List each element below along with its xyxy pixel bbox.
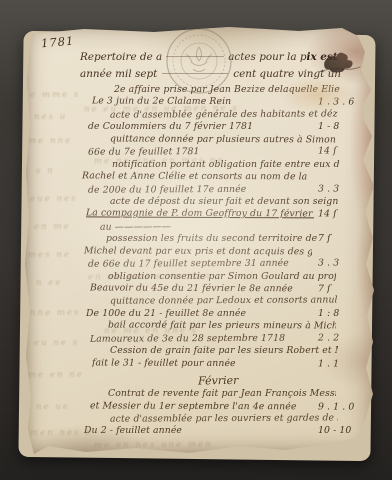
bleed-through-text: nne mes [30, 308, 81, 318]
ledger-entry-row: 2e affaire prise par Jean Bezize delaque… [114, 84, 364, 96]
ledger-entry-row: Contrat de revente fait par Jean Françoi… [108, 388, 364, 400]
entry-text: possession les fruits du second territoi… [106, 233, 317, 245]
ledger-entry-row: La compagnie de P. dom Geoffroy du 17 fé… [86, 208, 364, 222]
entry-text: Le 3 juin du 2e Clalame Rein [92, 96, 231, 109]
entries-february: Contrat de revente fait par Jean Françoi… [80, 388, 364, 438]
bleed-through-text: n ee [36, 278, 63, 288]
ledger-entry-row: fait le 31 - feuillet pour année 1 . 1 [92, 357, 364, 371]
ledger-entry-row: bail accordé fait par les prieurs mineur… [108, 320, 364, 334]
entry-text: Cession de grain faite par les sieurs Ro… [110, 345, 338, 357]
photo-background: e mme s nes u me nne s n eue nes en me m… [0, 0, 392, 480]
entry-text: Lamoureux de 3e du 28 septembre 1718 [90, 332, 285, 345]
ledger-entry-row: Rachel et Anne Clélie et consorts au nom… [82, 170, 364, 184]
entry-text: bail accordé fait par les prieurs mineur… [108, 320, 336, 333]
ledger-entry-row: de 200e du 10 feuillet 17e année 3 . 3 [88, 183, 364, 197]
entry-text: Contrat de revente fait par Jean Françoi… [108, 388, 336, 400]
bleed-through-text: mes ne [28, 250, 71, 260]
entry-amount: 7 ſ [318, 233, 364, 245]
ledger-entry-row: possession les fruits du second territoi… [106, 233, 364, 245]
entry-text: au —————— [100, 221, 171, 234]
ledger-entry-row: acte d'assemblée générale des habitants … [110, 108, 364, 122]
entry-text: Du 2 - feuillet année [84, 425, 182, 437]
ledger-body: 2e affaire prise par Jean Bezize delaque… [80, 84, 364, 438]
ledger-entry-row: de 66e du 17 feuillet septembre 31 année… [88, 257, 364, 271]
ink-blot-icon [318, 46, 362, 80]
entry-text: acte de dépost du sieur fait et devant s… [110, 196, 338, 208]
entry-text: Michel devant par eux pris et dont acqui… [84, 245, 312, 258]
entry-amount: 1 - 8 [318, 121, 364, 133]
ledger-entry-row: Lamoureux de 3e du 28 septembre 1718 2 .… [90, 332, 364, 346]
entry-text: de 66e du 17 feuillet septembre 31 année [88, 258, 289, 272]
title-line1-right: actes pour la p [228, 49, 306, 66]
ledger-entry-row: De 100e du 21 - feuillet 8e année 1 : 8 [86, 308, 364, 320]
section-heading-fevrier: Février [198, 372, 364, 388]
entry-text: La compagnie de P. dom Geoffroy du 17 fé… [86, 208, 314, 221]
ledger-entry-row: de Coulommiers du 7 février 1781 1 - 8 [88, 121, 364, 133]
entry-text: obligation consentie par Simon Goulard a… [108, 271, 336, 283]
entry-amount: 14 ſ [318, 145, 364, 158]
bleed-through-text: me en nes une men [94, 440, 213, 451]
manuscript-page: e mme s nes u me nne s n eue nes en me m… [24, 26, 374, 456]
entry-text: et Messier du 1er septembre l'an 4e anné… [90, 400, 297, 413]
entry-text: notification portant obligation faite en… [112, 159, 340, 171]
bleed-through-text: e mme s [30, 90, 80, 100]
entry-text: 2e affaire prise par Jean Bezize delaque… [114, 84, 342, 96]
entry-amount: 3 . 3 [318, 183, 364, 196]
bleed-through-text: en me [34, 222, 71, 232]
ledger-entry-row: Le 3 juin du 2e Clalame Rein 1 . 3 . 6 [92, 96, 364, 110]
entry-text: de 200e du 10 feuillet 17e année [88, 183, 246, 196]
entry-amount: 2 . 2 [318, 332, 364, 345]
title-line2-left: année mil sept [80, 66, 157, 83]
entry-text: de Coulommiers du 7 février 1781 [88, 121, 253, 133]
entry-text: Rachel et Anne Clélie et consorts au nom… [82, 170, 310, 183]
title-dash-stroke [162, 73, 228, 74]
ledger-entry-row: obligation consentie par Simon Goulard a… [108, 271, 364, 283]
entry-text: fait le 31 - feuillet pour année [92, 357, 236, 370]
bleed-through-text: eu ne s [34, 338, 79, 348]
title-line1-left: Repertoire de a [80, 49, 162, 66]
year-annotation: 1781 [40, 34, 74, 51]
bleed-through-text: s n [36, 166, 55, 176]
ledger-entry-row: et Messier du 1er septembre l'an 4e anné… [90, 400, 364, 414]
title-dash-stroke [166, 56, 224, 57]
bleed-through-text: nes u [34, 112, 67, 122]
entry-amount: 1 . 1 [318, 358, 364, 371]
entry-text: acte d'assemblée générale des habitants … [110, 108, 338, 122]
bleed-through-text: ne ue [36, 402, 70, 412]
entry-text: acte d'assemblée par les ouvriers et gar… [110, 412, 338, 426]
ledger-entry-row: quittance donnée par Ledoux et consorts … [110, 295, 364, 309]
bleed-through-text: me nne [28, 136, 72, 146]
ledger-entry-row: notification portant obligation faite en… [112, 159, 364, 171]
ledger-entry-row: au —————— [100, 220, 364, 234]
ledger-entry-row: acte de dépost du sieur fait et devant s… [110, 196, 364, 208]
bleed-through-text: eue nes [30, 194, 78, 204]
entries-january: 2e affaire prise par Jean Bezize delaque… [80, 84, 364, 370]
entry-text: Beauvoir du 45e du 21 février le 8e anné… [90, 282, 293, 295]
entry-amount: 1 : 8 [318, 308, 364, 320]
entry-text: 66e du 7e feuillet 1781 [88, 146, 200, 159]
bleed-through-text: me en ne [28, 370, 84, 380]
ledger-entry-row: Du 2 - feuillet année 10 - 10 [84, 425, 364, 437]
entry-text: quittance donnée par Ledoux et consorts … [110, 295, 338, 309]
ledger-entry-row: Cession de grain faite par les sieurs Ro… [110, 345, 364, 357]
ledger-entry-row: 66e du 7e feuillet 1781 14 ſ [88, 145, 364, 159]
entry-amount: 3 . 3 [318, 257, 364, 270]
ledger-entry-row: acte d'assemblée par les ouvriers et gar… [110, 412, 364, 426]
